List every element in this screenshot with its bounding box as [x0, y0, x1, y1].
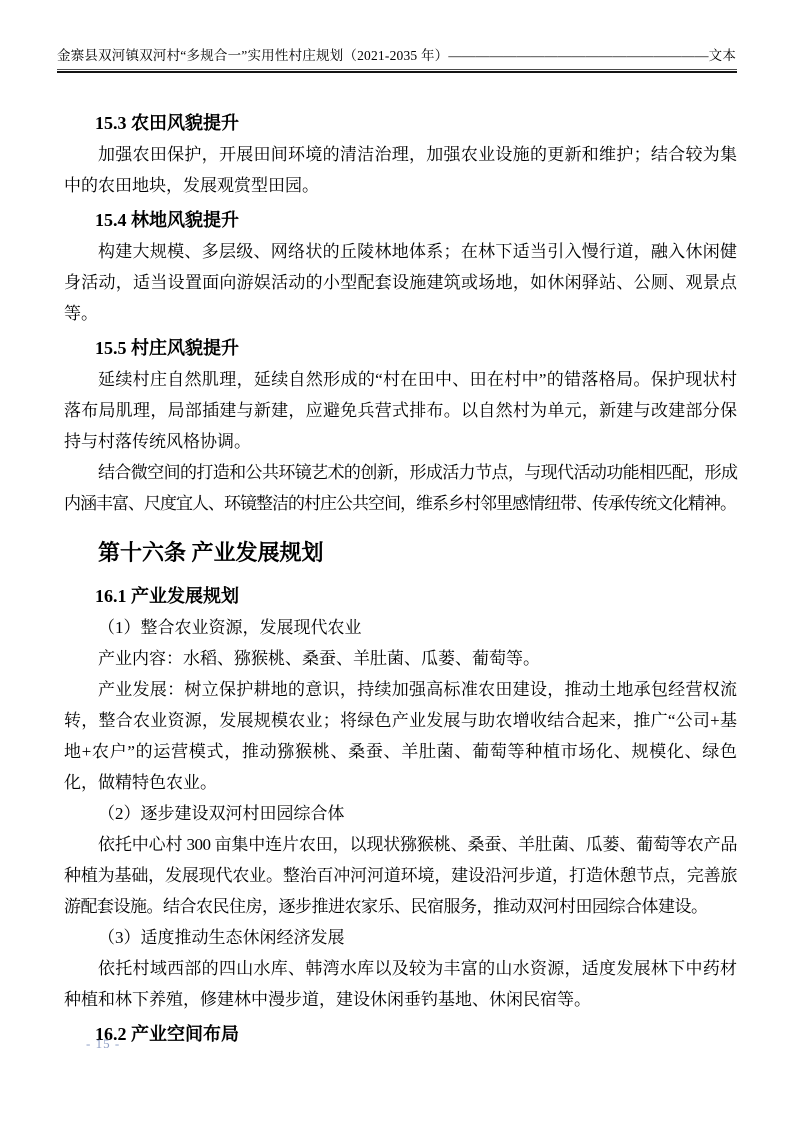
- para-15-4: 构建大规模、多层级、网络状的丘陵林地体系；在林下适当引入慢行道，融入休闲健身活动…: [64, 236, 737, 329]
- para-15-5-2: 结合微空间的打造和公共环镜艺术的创新，形成活力节点，与现代活动功能相匹配，形成内…: [64, 457, 737, 519]
- header-rule-thick: [57, 71, 737, 73]
- para-16-1-item-2-body: 依托中心村 300 亩集中连片农田，以现状猕猴桃、桑蚕、羊肚菌、瓜蒌、葡萄等农产…: [64, 829, 737, 922]
- para-15-3: 加强农田保护，开展田间环境的清洁治理，加强农业设施的更新和维护；结合较为集中的农…: [64, 139, 737, 201]
- header-dashes: ———————————————————: [448, 48, 708, 63]
- para-16-1-item-2: （2）逐步建设双河村田园综合体: [64, 798, 737, 829]
- header-title: 金寨县双河镇双河村“多规合一”实用性村庄规划（2021-2035 年）: [57, 48, 448, 63]
- heading-16-1: 16.1 产业发展规划: [64, 581, 737, 612]
- header-rule-thin: [57, 69, 737, 70]
- para-16-1-item-3: （3）适度推动生态休闲经济发展: [64, 922, 737, 953]
- document-body: 15.3 农田风貌提升 加强农田保护，开展田间环境的清洁治理，加强农业设施的更新…: [64, 104, 737, 1050]
- header-suffix: 文本: [709, 48, 736, 63]
- para-16-1-item-3-body: 依托村域西部的四山水库、韩湾水库以及较为丰富的山水资源，适度发展林下中药材种植和…: [64, 953, 737, 1015]
- para-16-1-development: 产业发展：树立保护耕地的意识，持续加强高标准农田建设，推动土地承包经营权流转，整…: [64, 674, 737, 798]
- heading-15-4: 15.4 林地风貌提升: [64, 205, 737, 236]
- document-page: 金寨县双河镇双河村“多规合一”实用性村庄规划（2021-2035 年）—————…: [0, 0, 794, 1122]
- heading-15-3: 15.3 农田风貌提升: [64, 108, 737, 139]
- para-16-1-item-1: （1）整合农业资源，发展现代农业: [64, 612, 737, 643]
- heading-15-5: 15.5 村庄风貌提升: [64, 333, 737, 364]
- para-15-5-1: 延续村庄自然肌理，延续自然形成的“村在田中、田在村中”的错落格局。保护现状村落布…: [64, 364, 737, 457]
- page-number: - 15 -: [86, 1036, 120, 1052]
- document-header: 金寨县双河镇双河村“多规合一”实用性村庄规划（2021-2035 年）—————…: [57, 45, 737, 73]
- heading-16-2: 16.2 产业空间布局: [64, 1019, 737, 1050]
- para-16-1-content: 产业内容：水稻、猕猴桃、桑蚕、羊肚菌、瓜蒌、葡萄等。: [64, 643, 737, 674]
- header-text-line: 金寨县双河镇双河村“多规合一”实用性村庄规划（2021-2035 年）—————…: [57, 45, 737, 66]
- chapter-heading-16: 第十六条 产业发展规划: [64, 533, 737, 573]
